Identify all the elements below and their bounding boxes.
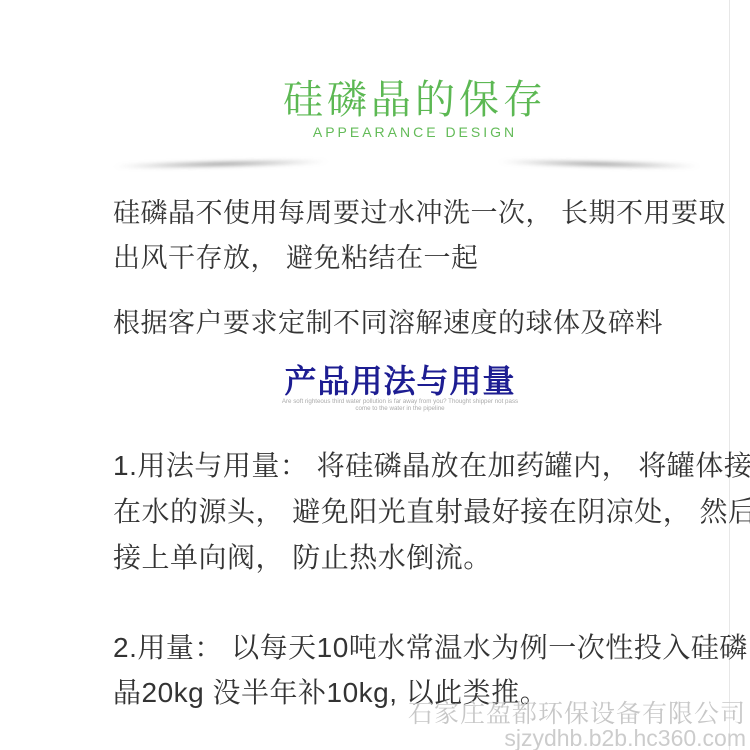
fine-print-watermark: Are soft righteous third water pollution… bbox=[214, 398, 586, 412]
seller-company-name: 石家庄盈都环保设备有限公司 bbox=[408, 701, 746, 727]
usage-step-1-line-2: 在水的源头， 避免阳光直射最好接在阴凉处， 然后 bbox=[113, 489, 750, 535]
usage-step-1-line-3: 接上单向阀， 防止热水倒流。 bbox=[113, 535, 750, 581]
section-subtitle-english: APPEARANCE DESIGN bbox=[90, 124, 740, 140]
storage-paragraph-1: 硅磷晶不使用每周要过水冲洗一次， 长期不用要取 出风干存放， 避免粘结在一起 bbox=[113, 191, 726, 281]
section-title-storage: 硅磷晶的保存 bbox=[90, 68, 740, 125]
usage-step-1-line-1: 1.用法与用量： 将硅磷晶放在加药罐内， 将罐体接 bbox=[113, 443, 750, 489]
fine-print-line-1: Are soft righteous third water pollution… bbox=[214, 398, 586, 405]
section-title-usage: 产品用法与用量 bbox=[80, 356, 720, 402]
storage-paragraph-1-line-2: 出风干存放， 避免粘结在一起 bbox=[113, 236, 726, 281]
product-detail-page: 硅磷晶的保存 APPEARANCE DESIGN 硅磷晶不使用每周要过水冲洗一次… bbox=[0, 0, 750, 750]
storage-paragraph-1-line-1: 硅磷晶不使用每周要过水冲洗一次， 长期不用要取 bbox=[113, 191, 726, 236]
storage-paragraph-2: 根据客户要求定制不同溶解速度的球体及碎料 bbox=[113, 301, 663, 346]
usage-step-2-line-1: 2.用量： 以每天10吨水常温水为例一次性投入硅磷 bbox=[113, 625, 748, 670]
seller-watermark: 石家庄盈都环保设备有限公司 sjzydhb.b2b.hc360.com bbox=[408, 701, 746, 750]
seller-store-url: sjzydhb.b2b.hc360.com bbox=[408, 727, 746, 750]
fine-print-line-2: come to the water in the pipeline bbox=[214, 405, 586, 412]
page-curl-shadow-left bbox=[82, 158, 360, 170]
usage-step-1: 1.用法与用量： 将硅磷晶放在加药罐内， 将罐体接 在水的源头， 避免阳光直射最… bbox=[113, 443, 750, 581]
page-curl-shadow-right bbox=[468, 158, 730, 170]
